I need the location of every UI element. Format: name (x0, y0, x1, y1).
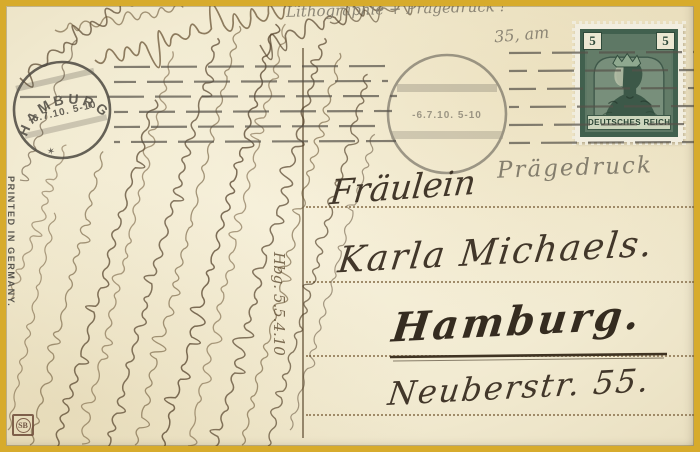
cancellation-line (114, 141, 396, 142)
postcard-scan: 5 5 DEUTSCHES REICH HAMBURG - (0, 0, 700, 452)
ink-stroke (10, 145, 66, 300)
cancellation-line (509, 70, 700, 71)
cancellation-line (509, 52, 700, 53)
cancellation-line (114, 81, 388, 82)
cancellation-line (509, 142, 700, 143)
hamburg-underline-stroke (390, 354, 667, 361)
cancellation-line (509, 106, 700, 107)
pencil-note-praegedruck: Prägedruck (497, 152, 654, 183)
publisher-monogram: SB (12, 414, 34, 436)
ink-stroke (135, 26, 241, 445)
message-dateline: Hbg. 5.5.4.10 (270, 252, 288, 442)
machine-cancellation-lines (20, 52, 700, 143)
ink-stroke (108, 38, 219, 447)
postmark-center: -6.7.10. 5-10 (388, 55, 506, 173)
postmark-star: ✶ (46, 146, 57, 159)
ink-stroke (95, 3, 296, 68)
publisher-monogram-initials: SB (16, 418, 31, 433)
cancellation-line (114, 111, 392, 112)
ink-stroke (162, 24, 280, 448)
cancellation-line (509, 124, 700, 125)
ink-stroke (210, 38, 326, 447)
ink-stroke (30, 152, 103, 446)
printed-in-germany-label: PRINTED IN GERMANY. (6, 176, 16, 326)
cancellation-line (509, 88, 700, 89)
cancellation-line (114, 126, 380, 127)
ink-stroke (55, 100, 158, 448)
ink-stroke (55, 4, 183, 32)
postmark-center-date-text: -6.7.10. 5-10 (412, 110, 482, 121)
cancellation-line (20, 96, 397, 97)
